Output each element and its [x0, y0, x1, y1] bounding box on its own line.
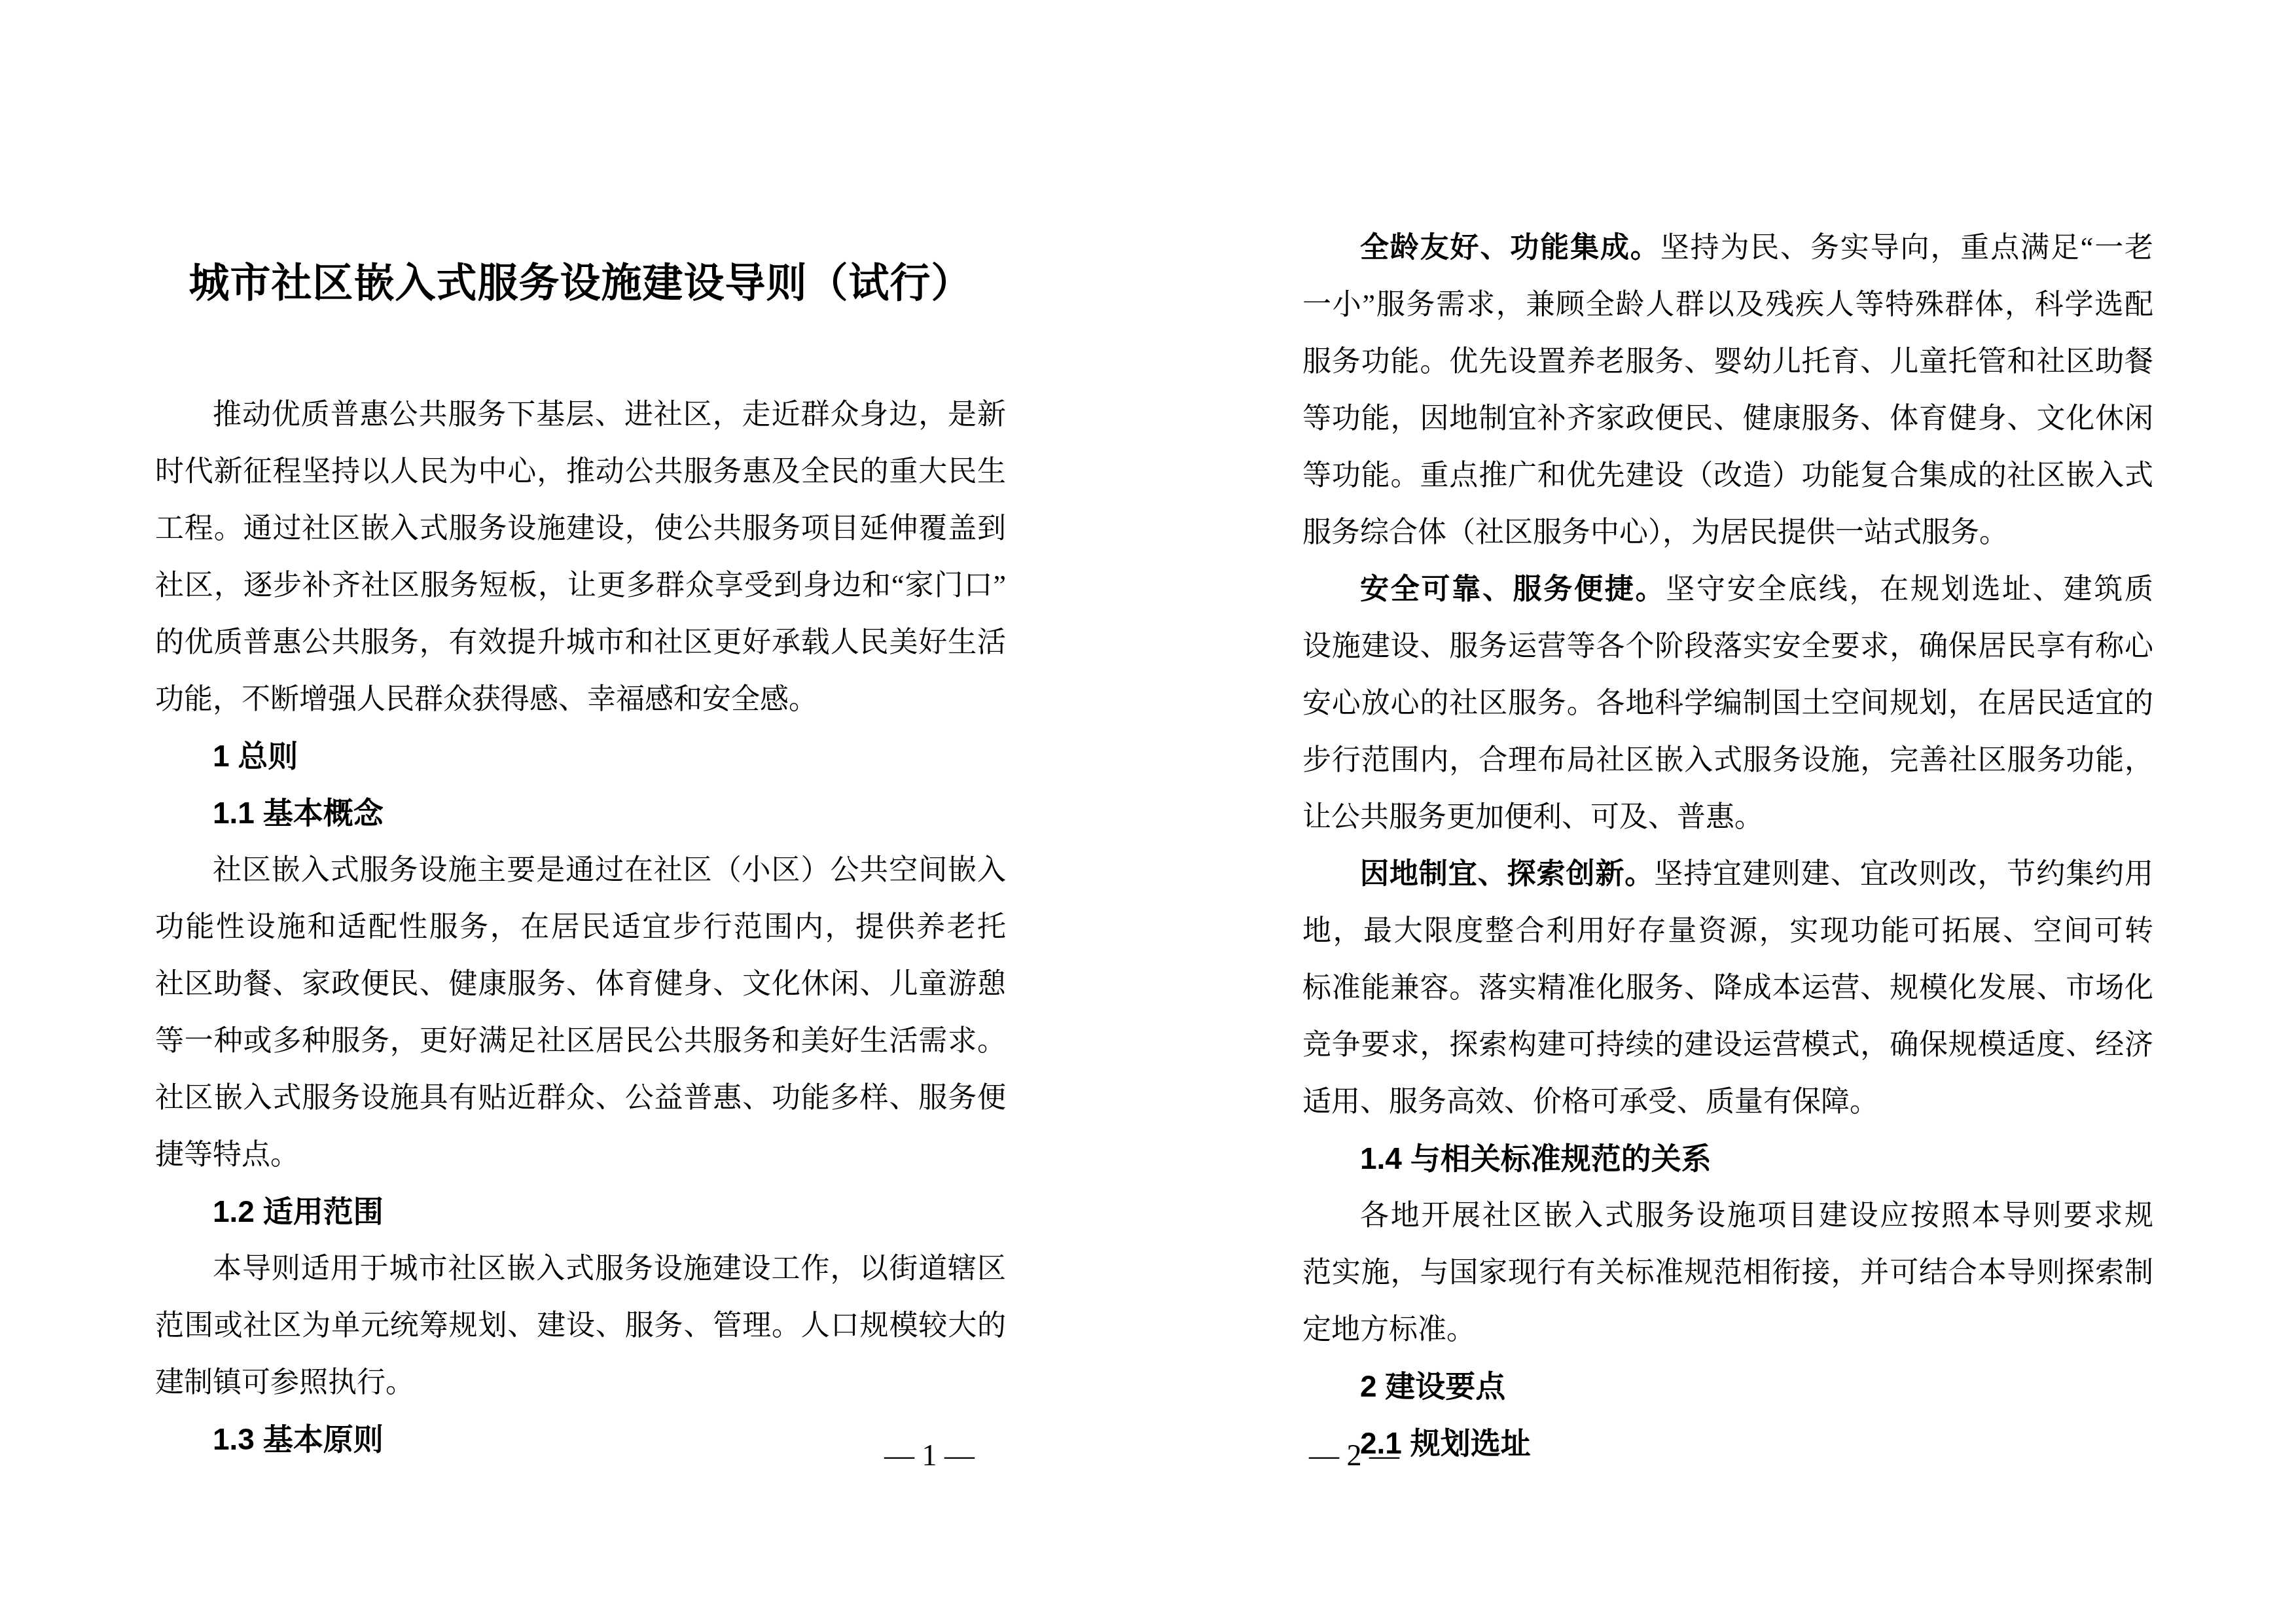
paragraph-line: 功能性设施和适配性服务，在居民适宜步行范围内，提供养老托育、 [155, 899, 1006, 955]
paragraph-line: 社区嵌入式服务设施主要是通过在社区（小区）公共空间嵌入 [155, 842, 1006, 899]
paragraph-line: 安全可靠、服务便捷。坚守安全底线，在规划选址、建筑质量、 [1302, 561, 2153, 618]
page-1: 城市社区嵌入式服务设施建设导则（试行） 推动优质普惠公共服务下基层、进社区，走近… [155, 0, 1006, 1623]
paragraph-line: 本导则适用于城市社区嵌入式服务设施建设工作，以街道辖区 [155, 1240, 1006, 1297]
section-heading: 1.1 基本概念 [155, 785, 1006, 842]
paragraph-line: 等一种或多种服务，更好满足社区居民公共服务和美好生活需求。 [155, 1012, 1006, 1069]
section-heading: 2.1 规划选址 [1302, 1415, 2153, 1472]
paragraph-line: 的优质普惠公共服务，有效提升城市和社区更好承载人民美好生活 [155, 614, 1006, 671]
page-1-content: 推动优质普惠公共服务下基层、进社区，走近群众身边，是新时代新征程坚持以人民为中心… [155, 386, 1006, 1468]
paragraph-line: 功能，不断增强人民群众获得感、幸福感和安全感。 [155, 671, 1006, 728]
paragraph-line: 社区助餐、家政便民、健康服务、体育健身、文化休闲、儿童游憩 [155, 955, 1006, 1012]
paragraph-line: 社区嵌入式服务设施具有贴近群众、公益普惠、功能多样、服务便 [155, 1069, 1006, 1126]
paragraph-line: 竞争要求，探索构建可持续的建设运营模式，确保规模适度、经济 [1302, 1016, 2153, 1073]
paragraph-line: 定地方标准。 [1302, 1301, 2153, 1358]
paragraph-line: 建制镇可参照执行。 [155, 1354, 1006, 1411]
page-1-number: — 1 — [884, 1437, 975, 1474]
paragraph-line: 让公共服务更加便利、可及、普惠。 [1302, 789, 2153, 846]
paragraph-line: 各地开展社区嵌入式服务设施项目建设应按照本导则要求规 [1302, 1187, 2153, 1244]
paragraph-line: 全龄友好、功能集成。坚持为民、务实导向，重点满足“一老 [1302, 219, 2153, 276]
section-heading: 1.2 适用范围 [155, 1183, 1006, 1240]
section-heading: 1 总则 [155, 728, 1006, 785]
paragraph-line: 地，最大限度整合利用好存量资源，实现功能可拓展、空间可转换、 [1302, 902, 2153, 959]
section-heading: 1.4 与相关标准规范的关系 [1302, 1130, 2153, 1187]
paragraph-line: 等功能，因地制宜补齐家政便民、健康服务、体育健身、文化休闲 [1302, 390, 2153, 447]
paragraph-line: 服务功能。优先设置养老服务、婴幼儿托育、儿童托管和社区助餐 [1302, 333, 2153, 390]
paragraph-line: 标准能兼容。落实精准化服务、降成本运营、规模化发展、市场化 [1302, 959, 2153, 1016]
paragraph-line: 范围或社区为单元统筹规划、建设、服务、管理。人口规模较大的 [155, 1297, 1006, 1354]
paragraph-line: 推动优质普惠公共服务下基层、进社区，走近群众身边，是新 [155, 386, 1006, 443]
bold-lead: 因地制宜、探索创新。 [1360, 858, 1654, 890]
paragraph-line: 安心放心的社区服务。各地科学编制国土空间规划，在居民适宜的 [1302, 675, 2153, 732]
paragraph-line: 时代新征程坚持以人民为中心，推动公共服务惠及全民的重大民生 [155, 443, 1006, 500]
paragraph-line: 社区，逐步补齐社区服务短板，让更多群众享受到身边和“家门口” [155, 557, 1006, 614]
page-2: 全龄友好、功能集成。坚持为民、务实导向，重点满足“一老一小”服务需求，兼顾全龄人… [1302, 0, 2153, 1623]
paragraph-line: 等功能。重点推广和优先建设（改造）功能复合集成的社区嵌入式 [1302, 447, 2153, 504]
section-heading: 1.3 基本原则 [155, 1411, 1006, 1468]
page-2-number: — 2 — [1309, 1437, 1399, 1474]
page-2-content: 全龄友好、功能集成。坚持为民、务实导向，重点满足“一老一小”服务需求，兼顾全龄人… [1302, 219, 2153, 1472]
paragraph-line: 范实施，与国家现行有关标准规范相衔接，并可结合本导则探索制 [1302, 1244, 2153, 1301]
paragraph-line: 适用、服务高效、价格可承受、质量有保障。 [1302, 1073, 2153, 1130]
paragraph-line: 工程。通过社区嵌入式服务设施建设，使公共服务项目延伸覆盖到 [155, 500, 1006, 557]
bold-lead: 安全可靠、服务便捷。 [1360, 573, 1666, 605]
section-heading: 2 建设要点 [1302, 1358, 2153, 1415]
paragraph-line: 捷等特点。 [155, 1126, 1006, 1183]
paragraph-line: 因地制宜、探索创新。坚持宜建则建、宜改则改，节约集约用 [1302, 846, 2153, 902]
bold-lead: 全龄友好、功能集成。 [1360, 232, 1660, 264]
paragraph-line: 服务综合体（社区服务中心），为居民提供一站式服务。 [1302, 504, 2153, 561]
document-title: 城市社区嵌入式服务设施建设导则（试行） [155, 260, 1006, 386]
paragraph-line: 设施建设、服务运营等各个阶段落实安全要求，确保居民享有称心 [1302, 618, 2153, 675]
paragraph-line: 一小”服务需求，兼顾全龄人群以及残疾人等特殊群体，科学选配 [1302, 276, 2153, 333]
document-scan: { "document": { "title": "城市社区嵌入式服务设施建设导… [0, 0, 2296, 1623]
paragraph-line: 步行范围内，合理布局社区嵌入式服务设施，完善社区服务功能， [1302, 732, 2153, 789]
